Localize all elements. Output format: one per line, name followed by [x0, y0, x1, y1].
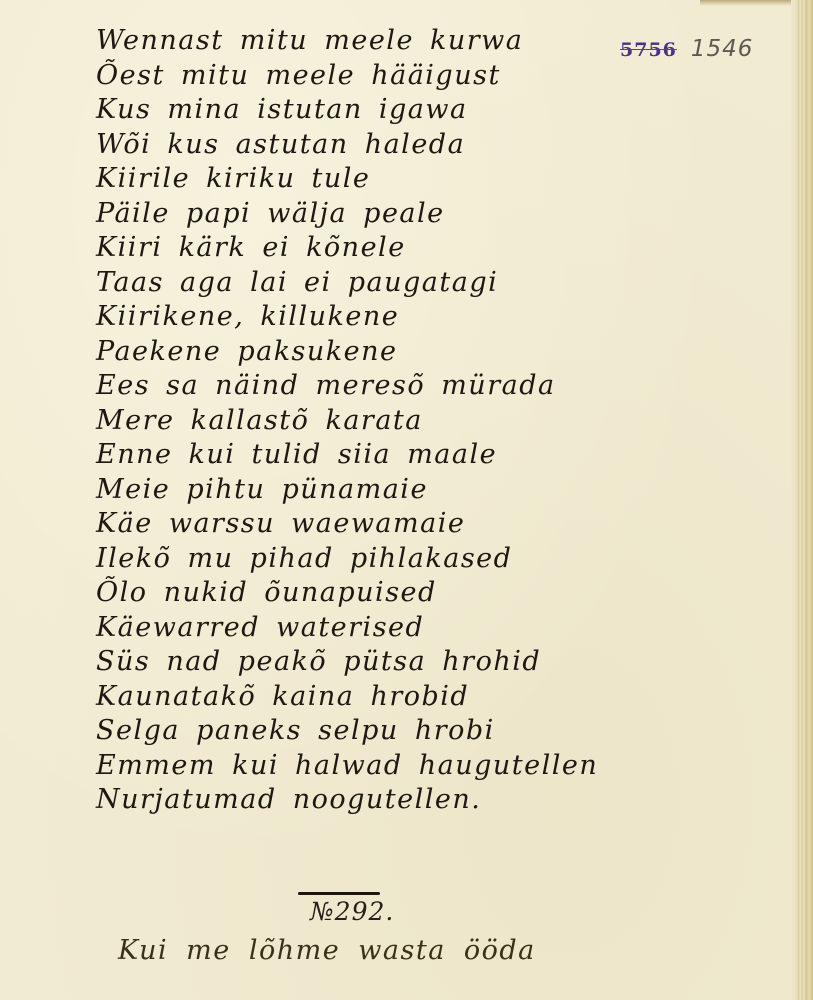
poem-line: Emmem kui halwad haugutellen	[96, 749, 598, 784]
poem-line: Taas aga lai ei paugatagi	[96, 266, 598, 301]
poem-line: Päile papi wälja peale	[96, 197, 598, 232]
poem-line: Õlo nukid õunapuised	[96, 576, 598, 611]
poem-line: Meie pihtu pünamaie	[96, 473, 598, 508]
poem-line: Õest mitu meele hääigust	[96, 59, 598, 94]
poem-line: Nurjatumad noogutellen.	[96, 783, 598, 818]
poem-line: Käe warssu waewamaie	[96, 507, 598, 542]
poem-line: Wõi kus astutan haleda	[96, 128, 598, 163]
poem-line: Kus mina istutan igawa	[96, 93, 598, 128]
catalog-numbers: 5756 1546	[620, 36, 753, 62]
page-right-edge	[791, 0, 813, 1000]
section-divider-rule	[298, 892, 380, 895]
poem-line: Wennast mitu meele kurwa	[96, 24, 598, 59]
poem-line: Paekene paksukene	[96, 335, 598, 370]
poem-line: Kaunatakõ kaina hrobid	[96, 680, 598, 715]
poem-line: Kiiri kärk ei kõnele	[96, 231, 598, 266]
poem-line: Kiirikene, killukene	[96, 300, 598, 335]
poem-line: Enne kui tulid siia maale	[96, 438, 598, 473]
poem-line: Kiirile kiriku tule	[96, 162, 598, 197]
poem-line: Selga paneks selpu hrobi	[96, 714, 598, 749]
struck-catalog-number: 5756	[620, 39, 677, 61]
poem-number: №292.	[310, 897, 394, 926]
poem-line: Ees sa näind meresõ mürada	[96, 369, 598, 404]
poem-line: Ilekõ mu pihad pihlakased	[96, 542, 598, 577]
poem-text: Wennast mitu meele kurwa Õest mitu meele…	[96, 24, 598, 818]
poem-line: Käewarred waterised	[96, 611, 598, 646]
poem-line: Mere kallastõ karata	[96, 404, 598, 439]
poem-line: Süs nad peakõ pütsa hrohid	[96, 645, 598, 680]
next-poem-first-line: Kui me lõhme wasta ööda	[118, 935, 536, 966]
manuscript-page: 5756 1546 Wennast mitu meele kurwa Õest …	[0, 0, 813, 1000]
pencil-catalog-number: 1546	[691, 36, 754, 62]
